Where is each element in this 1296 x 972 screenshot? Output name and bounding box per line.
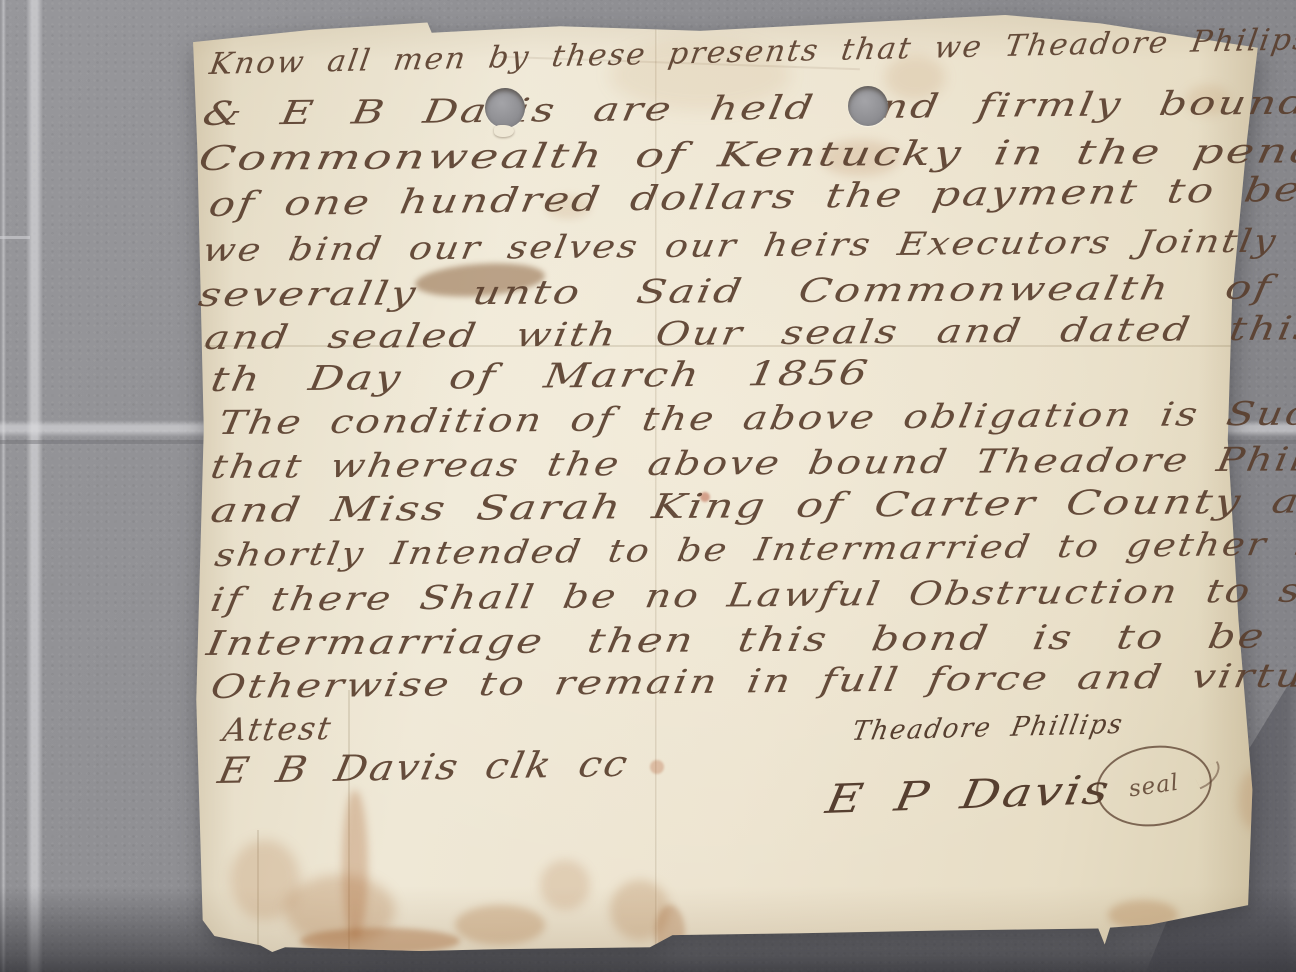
attest-label: Attest bbox=[221, 712, 335, 746]
stain-crease-chain bbox=[342, 790, 368, 940]
groom-signature: Theadore Phillips bbox=[850, 711, 1126, 745]
stain-bottom-mid-1 bbox=[455, 905, 545, 945]
manuscript-line-5: we bind our selves our heirs Executors J… bbox=[201, 224, 1296, 266]
manuscript-line-12: shortly Intended to be Intermarried to g… bbox=[213, 527, 1296, 571]
manuscript-line-15: Otherwise to remain in full force and vi… bbox=[209, 658, 1296, 703]
manuscript-line-3: Commonwealth of Kentucky in the penal su… bbox=[196, 133, 1296, 176]
manuscript-line-11: and Miss Sarah King of Carter County are bbox=[208, 484, 1296, 528]
punch-hole-right bbox=[848, 86, 888, 126]
manuscript-line-6: severally unto Said Commonwealth of Ky bbox=[196, 270, 1296, 311]
surface-seam-short bbox=[0, 236, 30, 239]
surface-seam-vertical-outer bbox=[1, 0, 6, 972]
foxing-dot-clerk bbox=[650, 760, 664, 774]
surface-seam-vertical bbox=[26, 0, 43, 972]
manuscript-line-9: The condition of the above obligation is… bbox=[216, 396, 1296, 439]
clerk-signature: E B Davis clk cc bbox=[215, 747, 632, 790]
stain-bottom-right bbox=[1108, 900, 1178, 930]
stain-bottom-center bbox=[655, 905, 685, 960]
punch-hole-left bbox=[485, 88, 525, 128]
stain-bottom-mid-2 bbox=[540, 860, 590, 910]
manuscript-line-7: and sealed with Our seals and dated this… bbox=[202, 310, 1296, 354]
photo-stage: Know all men by these presents that we T… bbox=[0, 0, 1296, 972]
manuscript-line-13: if there Shall be no Lawful Obstruction … bbox=[208, 573, 1296, 616]
manuscript-line-10: that whereas the above bound Theadore Ph… bbox=[208, 442, 1296, 483]
manuscript-line-8: th Day of March 1856 bbox=[208, 356, 872, 397]
surety-signature: E P Davis bbox=[823, 770, 1114, 820]
stain-bottom-band bbox=[300, 928, 460, 954]
seal-label: seal bbox=[1127, 770, 1181, 803]
manuscript-line-14: Intermarriage then this bond is to be Vo… bbox=[204, 619, 1296, 661]
